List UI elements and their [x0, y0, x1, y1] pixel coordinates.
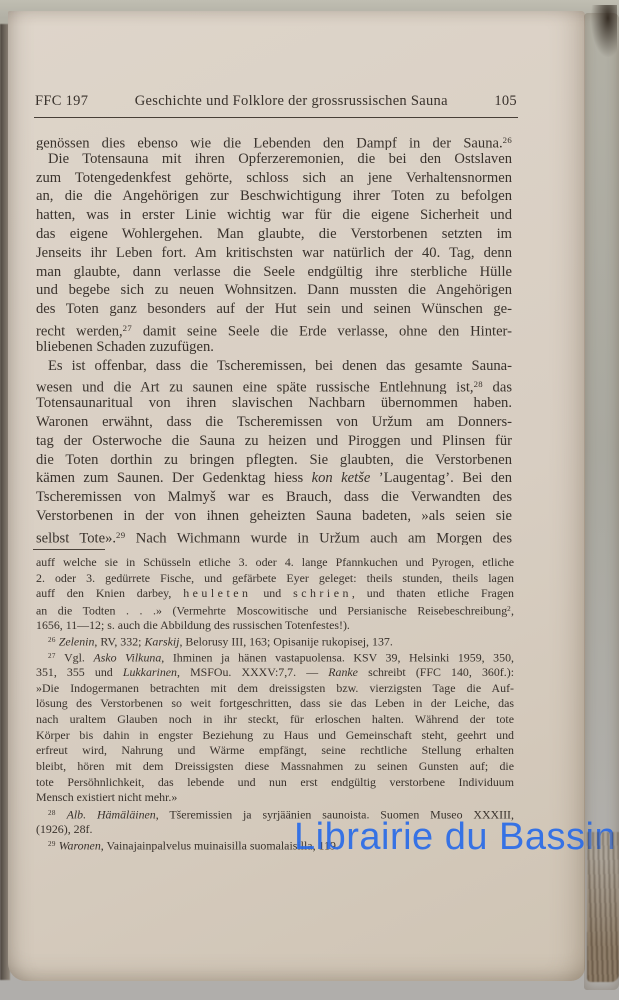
- series-number: FFC 197: [35, 93, 88, 110]
- text-line: Mensch existiert nicht mehr.»: [36, 790, 514, 806]
- body-text: genössen dies ebenso wie die Lebenden de…: [36, 131, 512, 545]
- text-line: 1656, 11—12; s. auch die Abbildung des r…: [36, 618, 514, 634]
- running-title: Geschichte und Folklore der grossrussisc…: [135, 93, 448, 110]
- text-line: genössen dies ebenso wie die Lebenden de…: [36, 131, 512, 150]
- text-line: Es ist offenbar, dass die Tscheremissen,…: [36, 357, 512, 376]
- text-line: und begebe sich zu neuen Wohnsitzen. Dan…: [36, 281, 512, 300]
- fore-edge-stain-top: [591, 5, 617, 57]
- text-line: Körper bis dahin in engster Beziehung zu…: [36, 728, 514, 744]
- text-line: Verstorbenen in der von ihnen geheizten …: [36, 507, 512, 526]
- text-line: wesen und die Art zu saunen eine späte r…: [36, 375, 512, 394]
- text-line: bliebenen Schaden zuzufügen.: [36, 338, 512, 357]
- text-line: nach uraltem Glauben noch in ihr steckt,…: [36, 712, 514, 728]
- page-number: 105: [494, 93, 517, 110]
- text-line: bleibt, hören mit dem Dreissigsten diese…: [36, 759, 514, 775]
- text-line: kämen zum Saunen. Der Gedenktag hiess ko…: [36, 469, 512, 488]
- text-line: das eigene Wohlergehen. Man glaubte, die…: [36, 225, 512, 244]
- text-line: auff den Knien darbey, heuleten und schr…: [36, 586, 514, 602]
- running-header: FFC 197 Geschichte und Folklore der gros…: [35, 93, 517, 110]
- text-line: lösung des Verstorbenen so weit fortgesc…: [36, 696, 514, 712]
- bookseller-watermark: Librairie du Bassin: [294, 816, 616, 859]
- text-line: recht werden,27 damit seine Seele die Er…: [36, 319, 512, 338]
- text-line: 351, 355 und Lukkarinen, MSFOu. XXXV:7,7…: [36, 665, 514, 681]
- text-line: des Toten ganz besonders auf der Hut sei…: [36, 300, 512, 319]
- text-line: die Toten dorthin zu bringen pflegten. S…: [36, 451, 512, 470]
- text-line: Die Totensauna mit ihren Opferzeremonien…: [36, 150, 512, 169]
- text-line: Totensaunaritual von ihren slavischen Na…: [36, 394, 512, 413]
- text-line: hatten, was in erster Linie wichtig war …: [36, 206, 512, 225]
- page-block-fore-edge: [584, 13, 619, 990]
- footnotes: auff welche sie in Schüsseln etliche 3. …: [36, 555, 514, 853]
- book-photo: FFC 197 Geschichte und Folklore der gros…: [0, 0, 619, 1000]
- text-line: tote Persöhnlichkeit, das lebende und nu…: [36, 775, 514, 791]
- fore-edge-stain-bottom: [587, 832, 619, 982]
- text-line: 26 Zelenin, RV, 332; Karskij, Belorusy I…: [36, 633, 514, 649]
- text-line: 2. oder 3. gedürrete Fische, und gefärbe…: [36, 571, 514, 587]
- footnote-separator-rule: [33, 549, 105, 550]
- text-line: »Die Indogermanen betrachten mit dem dre…: [36, 681, 514, 697]
- text-line: selbst Tote».29 Nach Wichmann wurde in U…: [36, 526, 512, 545]
- text-line: an, die die Angehörigen zur Beschwichtig…: [36, 187, 512, 206]
- text-line: tag der Osterwoche die Sauna zu heizen u…: [36, 432, 512, 451]
- text-line: zum Totengedenkfest gehörte, schloss sic…: [36, 169, 512, 188]
- book-page: FFC 197 Geschichte und Folklore der gros…: [8, 11, 585, 981]
- text-line: auff welche sie in Schüsseln etliche 3. …: [36, 555, 514, 571]
- photo-background: { "colors": { "paper": "#d8cec2", "ink":…: [0, 0, 619, 1000]
- header-rule: [34, 117, 518, 118]
- text-line: erfreut wird, Nahrung und Wärme empfängt…: [36, 743, 514, 759]
- text-line: Tscheremissen von Malmyš war es Brauch, …: [36, 488, 512, 507]
- text-line: Waronen erwähnt, dass die Tscheremissen …: [36, 413, 512, 432]
- text-line: man glaubte, dann verlasse die Seele end…: [36, 263, 512, 282]
- text-line: an die Todten . . .» (Vermehrte Moscowit…: [36, 602, 514, 618]
- text-line: Jenseits ihr Leben fort. Am kritischsten…: [36, 244, 512, 263]
- text-line: 27 Vgl. Asko Vilkuna, Ihminen ja hänen v…: [36, 649, 514, 665]
